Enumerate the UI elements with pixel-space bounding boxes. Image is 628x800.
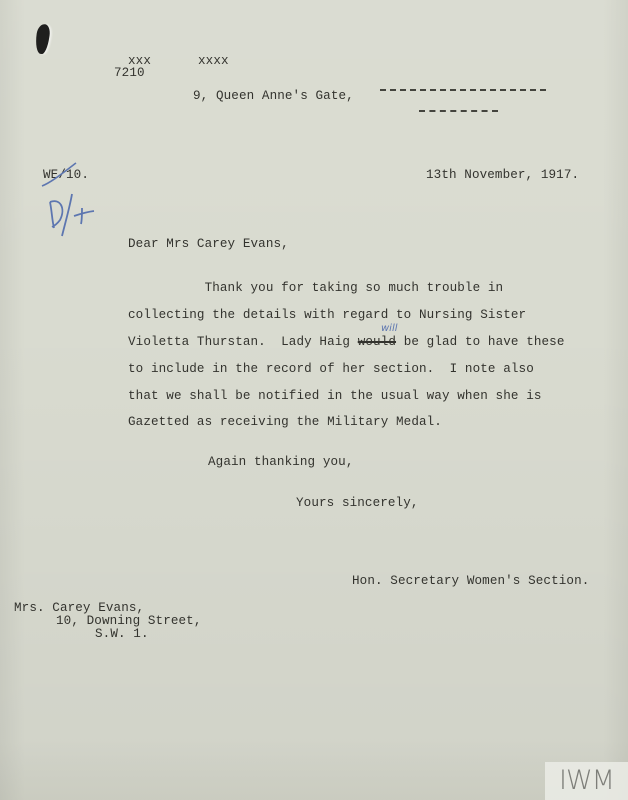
letter-date: 13th November, 1917. [426,168,579,182]
paper-shade [0,740,628,800]
address-blank-line-1 [380,89,546,91]
closing-yours: Yours sincerely, [296,496,419,510]
body-line-3: Violetta Thurstan. Lady Haig would be gl… [128,335,565,349]
struck-word: would [358,335,396,349]
closing-again: Again thanking you, [208,455,354,469]
iwm-watermark: IWM [545,762,628,800]
sender-address: 9, Queen Anne's Gate, [193,89,354,103]
body-line-1: Thank you for taking so much trouble in [128,281,503,295]
body-line-2: collecting the details with regard to Nu… [128,308,526,322]
body-line-4: to include in the record of her section.… [128,362,534,376]
ref-number: 7210 [114,66,145,80]
body-line-5: that we shall be notified in the usual w… [128,389,542,403]
body-line-3-start: Violetta Thurstan. Lady Haig [128,335,358,349]
handwritten-insertion: will [381,323,398,334]
recipient-name: Mrs. Carey Evans, [14,601,144,615]
recipient-street: 10, Downing Street, [56,614,202,628]
ref-strike-mark [40,160,80,190]
salutation: Dear Mrs Carey Evans, [128,237,289,251]
address-blank-line-2 [419,110,498,112]
body-line-6: Gazetted as receiving the Military Medal… [128,415,442,429]
ref-mark-2: xxxx [198,54,229,68]
ref-suffix: . [81,168,89,182]
handwritten-note-icon [44,192,104,238]
punch-hole [34,23,51,55]
signature-title: Hon. Secretary Women's Section. [352,574,589,588]
recipient-district: S.W. 1. [95,627,149,641]
body-line-3-end: be glad to have these [396,335,564,349]
